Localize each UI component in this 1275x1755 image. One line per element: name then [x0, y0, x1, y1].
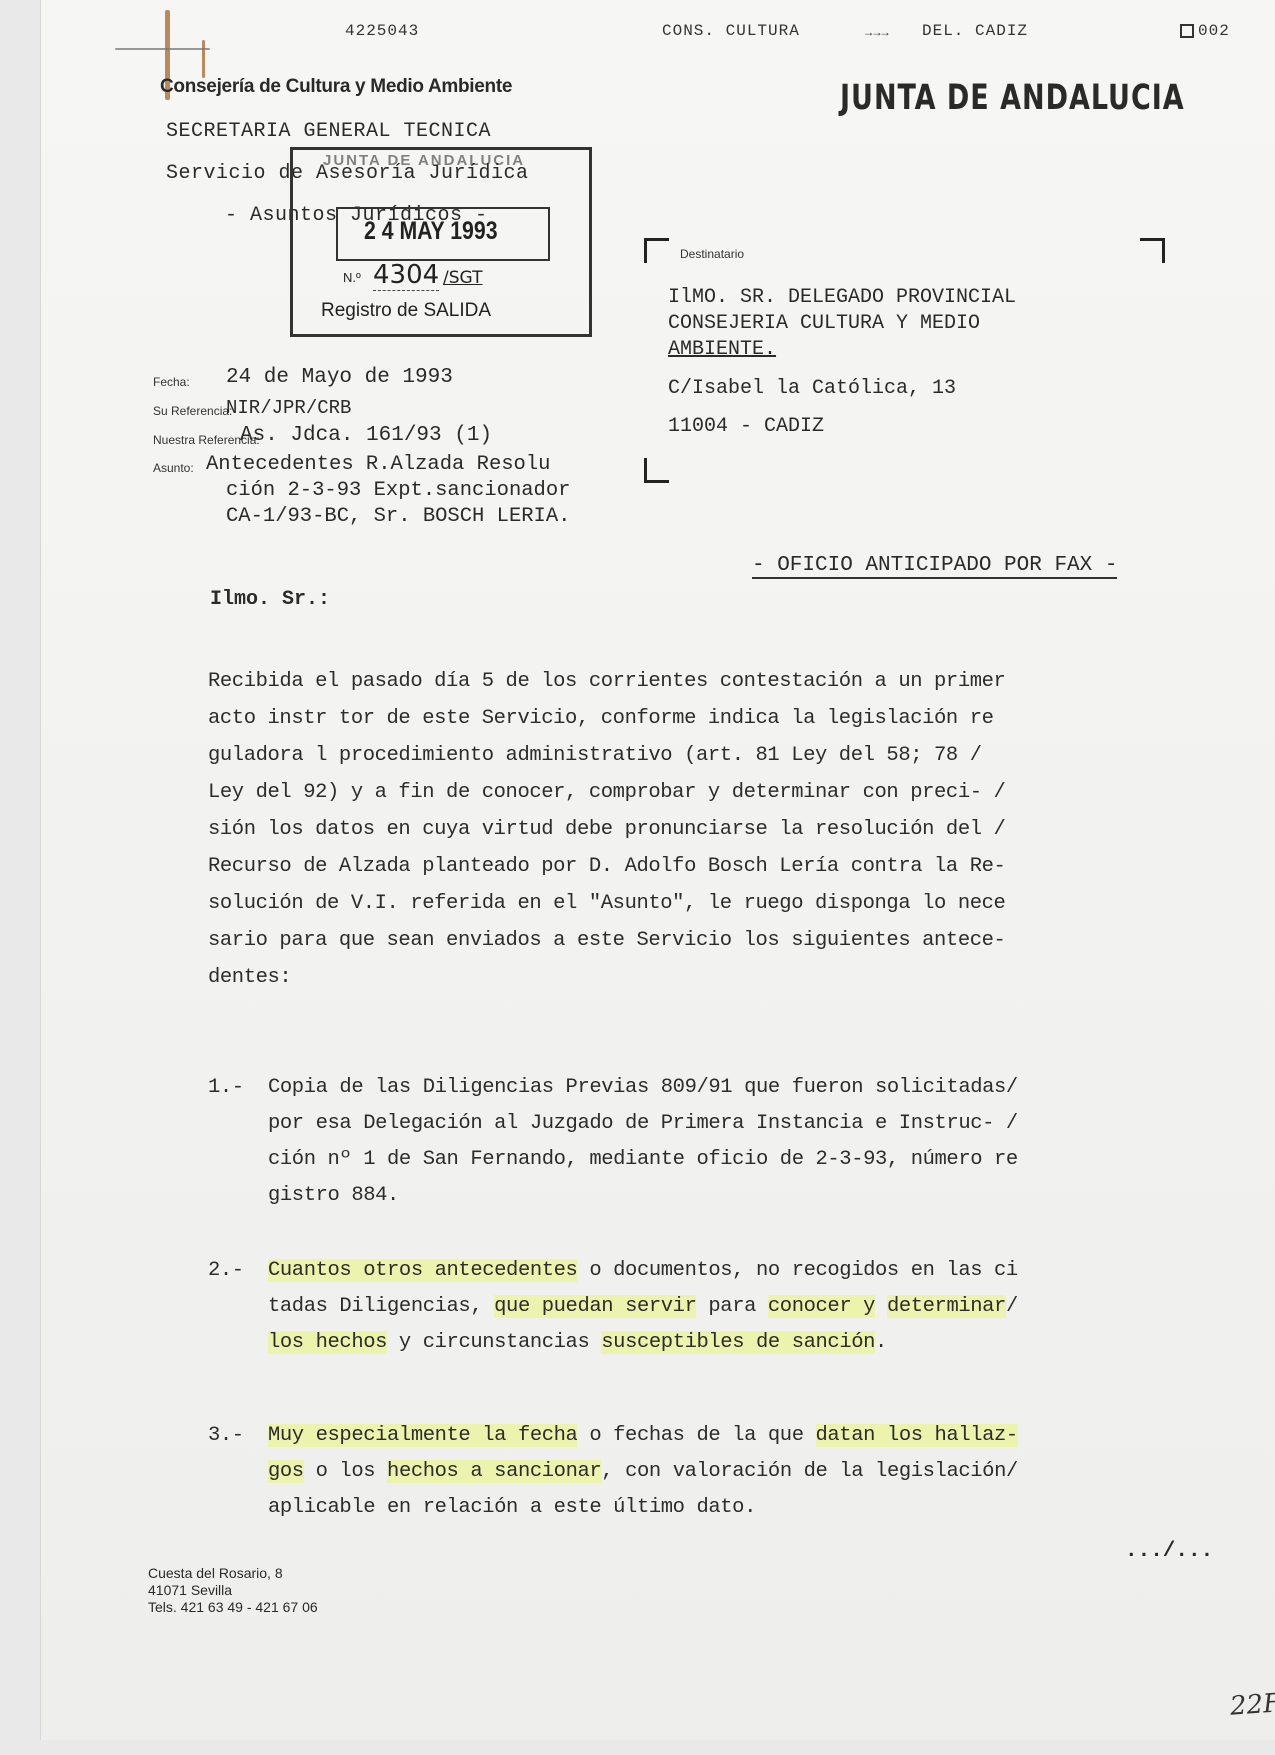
item-line: Copia de las Diligencias Previas 809/91 …: [268, 1070, 1018, 1106]
body-line: sario para que sean enviados a este Serv…: [208, 922, 1005, 959]
highlighted-text: Muy especialmente la fecha: [268, 1424, 577, 1447]
registry-stamp: JUNTA DE ANDALUCIA 2 4 MAY 1993 N.º 4304…: [290, 147, 592, 337]
stamp-number-label: N.º: [343, 270, 361, 285]
asunto-value: Antecedentes R.Alzada Resolu ción 2-3-93…: [206, 452, 570, 530]
asunto-line: CA-1/93-BC, Sr. BOSCH LERIA.: [206, 504, 570, 530]
item-number: 2.-: [208, 1253, 244, 1289]
request-item: 2.-Cuantos otros antecedentes o document…: [208, 1253, 1018, 1361]
recipient-line: IlMO. SR. DELEGADO PROVINCIAL: [668, 285, 1016, 311]
item-number: 3.-: [208, 1418, 244, 1454]
item-line: por esa Delegación al Juzgado de Primera…: [268, 1106, 1018, 1142]
item-line: tadas Diligencias, que puedan servir par…: [268, 1289, 1018, 1325]
item-text: Muy especialmente la fecha o fechas de l…: [268, 1418, 1018, 1526]
highlighted-text: conocer y: [768, 1295, 875, 1318]
rust-stain: [202, 40, 205, 78]
fax-notice: - OFICIO ANTICIPADO POR FAX -: [752, 554, 1117, 579]
body-paragraph: Recibida el pasado día 5 de los corrient…: [208, 663, 1005, 996]
recipient-name: IlMO. SR. DELEGADO PROVINCIAL CONSEJERIA…: [668, 285, 1016, 363]
fax-page-icon: [1180, 24, 1194, 38]
recipient-corner-bl: [644, 458, 669, 483]
fax-to: DEL. CADIZ: [922, 22, 1028, 40]
fecha-value: 24 de Mayo de 1993: [226, 366, 453, 389]
body-line: Ley del 92) y a fin de conocer, comproba…: [208, 774, 1005, 811]
footer-street: Cuesta del Rosario, 8: [148, 1565, 318, 1582]
consejeria-name: Consejería de Cultura y Medio Ambiente: [160, 76, 512, 98]
asunto-label: Asunto:: [153, 461, 194, 475]
stamp-number: 4304: [373, 260, 439, 291]
su-referencia-label: Su Referencia:: [153, 404, 232, 418]
handwritten-page-mark: 22F: [1229, 1688, 1275, 1721]
highlighted-text: que puedan servir: [494, 1295, 696, 1318]
fax-from: CONS. CULTURA: [662, 22, 800, 40]
fecha-label: Fecha:: [153, 375, 190, 389]
recipient-corner-tr: [1140, 238, 1165, 263]
continuation-mark: .../...: [1125, 1540, 1213, 1563]
recipient-city: 11004 - CADIZ: [668, 414, 824, 440]
stamp-date: 2 4 MAY 1993: [364, 217, 498, 246]
body-line: dentes:: [208, 959, 1005, 996]
body-line: guladora l procedimiento administrativo …: [208, 737, 1005, 774]
stamp-number-suffix: /SGT: [443, 268, 482, 288]
item-line: Cuantos otros antecedentes o documentos,…: [268, 1253, 1018, 1289]
highlighted-text: susceptibles de sanción: [601, 1331, 875, 1354]
stamp-date-box: 2 4 MAY 1993: [336, 207, 550, 261]
highlighted-text: Cuantos otros antecedentes: [268, 1259, 577, 1282]
body-line: solución de V.I. referida en el "Asunto"…: [208, 885, 1005, 922]
body-line: Recibida el pasado día 5 de los corrient…: [208, 663, 1005, 700]
fax-phone: 4225043: [345, 22, 419, 40]
body-line: acto instr tor de este Servicio, conform…: [208, 700, 1005, 737]
highlighted-text: gos: [268, 1460, 304, 1483]
recipient-line: AMBIENTE.: [668, 337, 1016, 363]
footer-address: Cuesta del Rosario, 8 41071 Sevilla Tels…: [148, 1565, 318, 1616]
item-number: 1.-: [208, 1070, 244, 1106]
item-line: gos o los hechos a sancionar, con valora…: [268, 1454, 1018, 1490]
junta-de-andalucia-logo: JUNTA DE ANDALUCIA: [840, 78, 1185, 118]
item-line: aplicable en relación a este último dato…: [268, 1490, 1018, 1526]
request-item: 1.-Copia de las Diligencias Previas 809/…: [208, 1070, 1018, 1214]
nuestra-referencia-value: As. Jdca. 161/93 (1): [240, 424, 492, 447]
staple-mark: [115, 48, 210, 50]
item-line: los hechos y circunstancias susceptibles…: [268, 1325, 1018, 1361]
body-line: sión los datos en cuya virtud debe pronu…: [208, 811, 1005, 848]
asunto-line: Antecedentes R.Alzada Resolu: [206, 452, 570, 478]
item-line: ción nº 1 de San Fernando, mediante ofic…: [268, 1142, 1018, 1178]
stamp-register: Registro de SALIDA: [321, 300, 491, 322]
destinatario-label: Destinatario: [680, 247, 744, 261]
highlighted-text: hechos a sancionar: [387, 1460, 601, 1483]
footer-city: 41071 Sevilla: [148, 1582, 318, 1599]
body-line: Recurso de Alzada planteado por D. Adolf…: [208, 848, 1005, 885]
stamp-header: JUNTA DE ANDALUCIA: [323, 152, 525, 169]
footer-phones: Tels. 421 63 49 - 421 67 06: [148, 1599, 318, 1616]
item-line: Muy especialmente la fecha o fechas de l…: [268, 1418, 1018, 1454]
document-page: 4225043 CONS. CULTURA →→→ DEL. CADIZ 002…: [40, 0, 1275, 1740]
item-text: Copia de las Diligencias Previas 809/91 …: [268, 1070, 1018, 1214]
highlighted-text: los hechos: [268, 1331, 387, 1354]
recipient-line: CONSEJERIA CULTURA Y MEDIO: [668, 311, 1016, 337]
item-text: Cuantos otros antecedentes o documentos,…: [268, 1253, 1018, 1361]
salutation: Ilmo. Sr.:: [210, 588, 330, 611]
recipient-corner-tl: [644, 238, 669, 263]
asunto-line: ción 2-3-93 Expt.sancionador: [206, 478, 570, 504]
item-line: gistro 884.: [268, 1178, 1018, 1214]
secretaria-name: SECRETARIA GENERAL TECNICA: [166, 120, 491, 143]
highlighted-text: determinar: [887, 1295, 1006, 1318]
su-referencia-value: NIR/JPR/CRB: [226, 397, 351, 419]
highlighted-text: datan los hallaz-: [816, 1424, 1018, 1447]
recipient-street: C/Isabel la Católica, 13: [668, 376, 956, 402]
fax-arrow: →→→: [865, 26, 890, 40]
fax-page-number: 002: [1198, 22, 1230, 40]
request-item: 3.-Muy especialmente la fecha o fechas d…: [208, 1418, 1018, 1526]
